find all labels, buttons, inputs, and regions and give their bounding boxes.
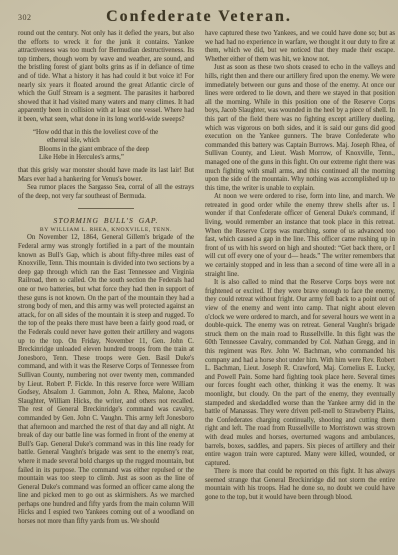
section-divider-rule bbox=[78, 208, 134, 209]
article-paragraph-retreat: At noon we were ordered to rise, form in… bbox=[205, 193, 395, 279]
article-body-left: On November 12, 1864, General Gillem's b… bbox=[18, 234, 194, 526]
article-paragraph-night-march: It is also called to mind that the Reser… bbox=[205, 279, 395, 468]
verse-line-4: Like Hebe in Hercules's arms,” bbox=[33, 154, 194, 163]
article-title: STORMING BULL'S GAP. bbox=[18, 217, 194, 226]
article-paragraph-closing: There is more that could be reported on … bbox=[205, 468, 395, 502]
scanned-magazine-page: 302 Confederate Veteran. round out the c… bbox=[0, 0, 398, 555]
verse-line-1: “How odd that in this the loveliest cove… bbox=[33, 129, 194, 138]
masthead-title: Confederate Veteran. bbox=[0, 8, 398, 26]
article-paragraph-artillery: Just as soon as these two shots ceased t… bbox=[205, 64, 395, 193]
intro-paragraph: round out the century. Not only has it d… bbox=[18, 30, 194, 125]
verse-quote: “How odd that in this the loveliest cove… bbox=[33, 129, 194, 163]
verse-line-3: Blooms in the giant embrace of the deep bbox=[33, 146, 194, 155]
sargasso-paragraph: Sea rumor places the Sargasso Sea, corra… bbox=[18, 184, 194, 201]
verse-line-2: ethereal isle, which bbox=[33, 137, 194, 146]
right-column: have captured these two Yankees, and we … bbox=[205, 30, 395, 503]
left-column: round out the century. Not only has it d… bbox=[18, 30, 194, 527]
article-paragraph-continuation: have captured these two Yankees, and we … bbox=[205, 30, 395, 64]
after-verse-paragraph: that this grisly war monster should have… bbox=[18, 167, 194, 184]
